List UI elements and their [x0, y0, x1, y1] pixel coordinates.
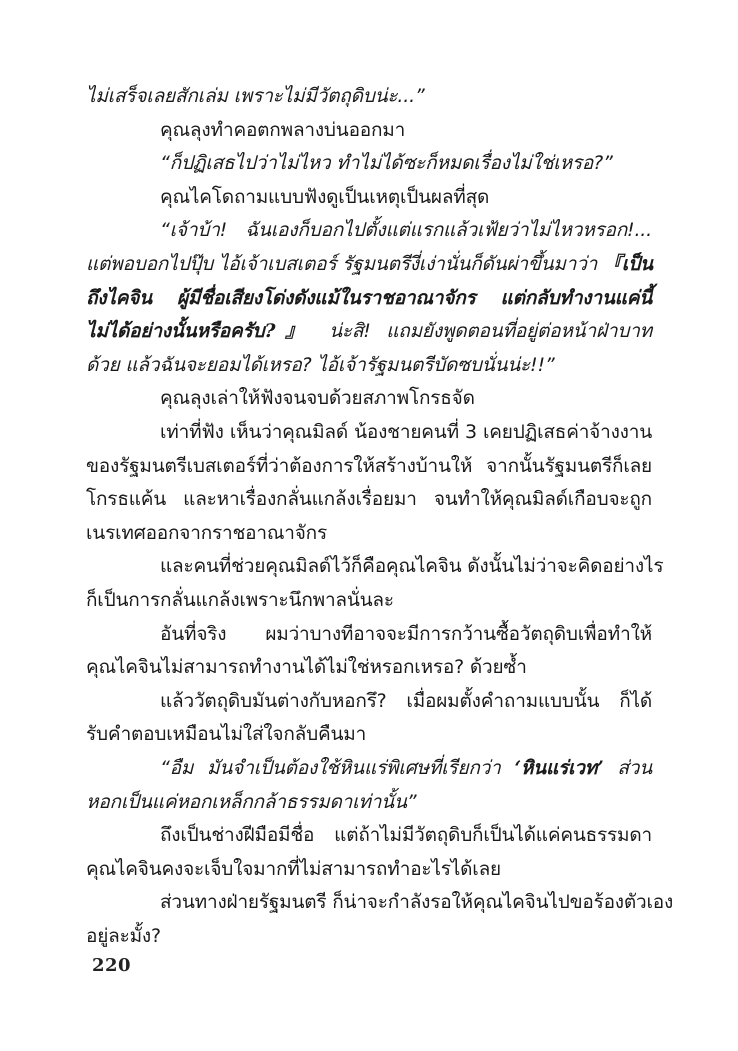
text-line: ส่วนทางฝ่ายรัฐมนตรี ก็น่าจะกำลังรอให้คุณ…: [160, 884, 652, 920]
text-line: ถึงเป็นช่างฝีมือมีชื่อ แต่ถ้าไม่มีวัตถุด…: [160, 817, 652, 853]
text-segment: ก็เป็นการกลั่นแกล้งเพราะนึกพาลนั่นละ: [86, 589, 394, 611]
text-segment: ด้วย แล้วฉันจะยอมได้เหรอ? ไอ้เจ้ารัฐมนตร…: [86, 354, 555, 376]
text-segment: แล้ววัตถุดิบมันต่างกับหอกรึ? เมื่อผมตั้ง…: [160, 690, 652, 712]
text-segment: “ก็ปฏิเสธไปว่าไม่ไหว ทำไม่ได้ซะก็หมดเรื่…: [160, 152, 613, 174]
text-segment: คุณไคจินไม่สามารถทำงานได้ไม่ใช่หรอกเหรอ?…: [86, 656, 527, 678]
text-segment: คุณลุงเล่าให้ฟังจนจบด้วยสภาพโกรธจัด: [160, 387, 475, 409]
text-line: คุณไคโดถามแบบฟังดูเป็นเหตุเป็นผลที่สุด: [160, 179, 652, 215]
text-segment: และคนที่ช่วยคุณมิลด์ไว้ก็คือคุณไคจิน ดัง…: [160, 555, 663, 577]
text-segment: ถึงเป็นช่างฝีมือมีชื่อ แต่ถ้าไม่มีวัตถุด…: [160, 824, 652, 846]
text-segment: “เจ้าบ้า! ฉันเองก็บอกไปตั้งแต่แรกแล้วเฟ้…: [160, 219, 652, 241]
text-segment: คุณไคโดถามแบบฟังดูเป็นเหตุเป็นผลที่สุด: [160, 186, 489, 208]
text-segment: ไม่เสร็จเลยสักเล่ม เพราะไม่มีวัตถุดิบน่ะ…: [86, 85, 425, 107]
text-segment: รับคำตอบเหมือนไม่ใส่ใจกลับคืนมา: [86, 723, 366, 745]
text-segment-bold: ไม่ได้อย่างนั้นหรือครับ?』: [86, 320, 314, 342]
text-line: เนรเทศออกจากราชอาณาจักร: [86, 515, 652, 551]
text-line: ด้วย แล้วฉันจะยอมได้เหรอ? ไอ้เจ้ารัฐมนตร…: [86, 347, 652, 383]
text-line: “ก็ปฏิเสธไปว่าไม่ไหว ทำไม่ได้ซะก็หมดเรื่…: [160, 145, 652, 181]
text-segment: คุณไคจินคงจะเจ็บใจมากที่ไม่สามารถทำอะไรไ…: [86, 858, 501, 880]
text-line: ถึงไคจิน ผู้มีชื่อเสียงโด่งดังแม้ในราชอา…: [86, 280, 652, 316]
text-line: เท่าที่ฟัง เห็นว่าคุณมิลด์ น้องชายคนที่ …: [160, 414, 652, 450]
text-line: คุณไคจินคงจะเจ็บใจมากที่ไม่สามารถทำอะไรไ…: [86, 851, 652, 887]
text-line: อยู่ละมั้ง?: [86, 918, 652, 954]
text-segment-bold: ‘หินแร่เวท’: [514, 757, 603, 779]
text-line: ก็เป็นการกลั่นแกล้งเพราะนึกพาลนั่นละ: [86, 582, 652, 618]
text-segment: อันที่จริง ผมว่าบางทีอาจจะมีการกว้านซื้อ…: [160, 623, 652, 645]
text-segment-bold: 『เป็น: [603, 253, 653, 275]
text-line: “อืม มันจำเป็นต้องใช้หินแร่พิเศษที่เรียก…: [160, 750, 652, 786]
text-segment: อยู่ละมั้ง?: [86, 925, 161, 947]
text-line: “เจ้าบ้า! ฉันเองก็บอกไปตั้งแต่แรกแล้วเฟ้…: [160, 212, 652, 248]
text-line: อันที่จริง ผมว่าบางทีอาจจะมีการกว้านซื้อ…: [160, 616, 652, 652]
text-segment: “อืม มันจำเป็นต้องใช้หินแร่พิเศษที่เรียก…: [160, 757, 514, 779]
text-line: โกรธแค้น และหาเรื่องกลั่นแกล้งเรื่อยมา จ…: [86, 481, 652, 517]
text-line: รับคำตอบเหมือนไม่ใส่ใจกลับคืนมา: [86, 716, 652, 752]
text-line: และคนที่ช่วยคุณมิลด์ไว้ก็คือคุณไคจิน ดัง…: [160, 548, 652, 584]
text-segment: โกรธแค้น และหาเรื่องกลั่นแกล้งเรื่อยมา จ…: [86, 488, 652, 510]
text-line: แต่พอบอกไปปุ๊บ ไอ้เจ้าเบสเตอร์ รัฐมนตรีง…: [86, 246, 652, 282]
page-number: 220: [92, 955, 131, 976]
text-line: คุณลุงทำคอตกพลางบ่นออกมา: [160, 112, 652, 148]
text-segment: หอกเป็นแค่หอกเหล็กกล้าธรรมดาเท่านั้น”: [86, 791, 416, 813]
text-line: แล้ววัตถุดิบมันต่างกับหอกรึ? เมื่อผมตั้ง…: [160, 683, 652, 719]
book-page: ไม่เสร็จเลยสักเล่ม เพราะไม่มีวัตถุดิบน่ะ…: [0, 0, 738, 1051]
text-line: หอกเป็นแค่หอกเหล็กกล้าธรรมดาเท่านั้น”: [86, 784, 652, 820]
text-line: ไม่เสร็จเลยสักเล่ม เพราะไม่มีวัตถุดิบน่ะ…: [86, 78, 652, 114]
text-segment: คุณลุงทำคอตกพลางบ่นออกมา: [160, 119, 405, 141]
text-segment-bold: ถึงไคจิน ผู้มีชื่อเสียงโด่งดังแม้ในราชอา…: [86, 287, 652, 309]
text-segment: ของรัฐมนตรีเบสเตอร์ที่ว่าต้องการให้สร้าง…: [86, 455, 652, 477]
text-segment: เนรเทศออกจากราชอาณาจักร: [86, 522, 327, 544]
text-line: คุณไคจินไม่สามารถทำงานได้ไม่ใช่หรอกเหรอ?…: [86, 649, 652, 685]
text-line: ของรัฐมนตรีเบสเตอร์ที่ว่าต้องการให้สร้าง…: [86, 448, 652, 484]
text-line: คุณลุงเล่าให้ฟังจนจบด้วยสภาพโกรธจัด: [160, 380, 652, 416]
text-line: ไม่ได้อย่างนั้นหรือครับ?』 น่ะสิ! แถมยังพ…: [86, 313, 652, 349]
text-segment: แต่พอบอกไปปุ๊บ ไอ้เจ้าเบสเตอร์ รัฐมนตรีง…: [86, 253, 603, 275]
text-segment: เท่าที่ฟัง เห็นว่าคุณมิลด์ น้องชายคนที่ …: [160, 421, 652, 443]
text-segment: ส่วนทางฝ่ายรัฐมนตรี ก็น่าจะกำลังรอให้คุณ…: [160, 891, 673, 913]
text-segment: น่ะสิ! แถมยังพูดตอนที่อยู่ต่อหน้าฝ่าบาท: [314, 320, 652, 342]
text-segment: ส่วน: [604, 757, 652, 779]
